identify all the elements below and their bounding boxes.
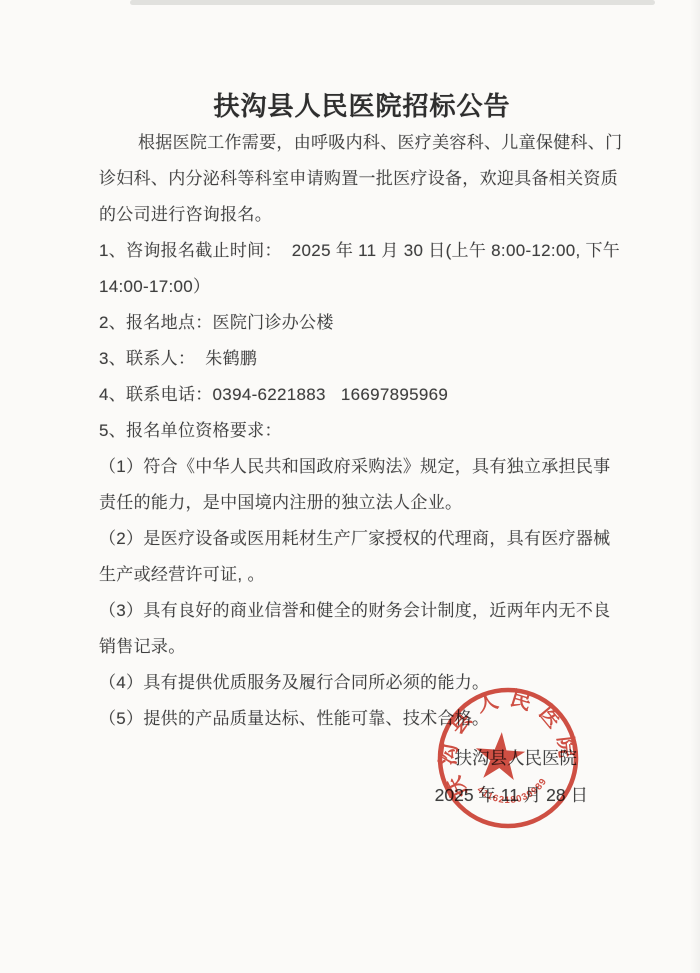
doc-body: 根据医院工作需要，由呼吸内科、医疗美容科、儿童保健科、门 诊妇科、内分泌科等科室…	[99, 125, 639, 737]
item-deadline-line: 14:00-17:00）	[99, 269, 639, 305]
svg-text:扶沟县人民医院: 扶沟县人民医院	[433, 683, 583, 803]
document-page: 扶沟县人民医院招标公告 根据医院工作需要，由呼吸内科、医疗美容科、儿童保健科、门…	[0, 0, 700, 973]
qualification-1-line: （1）符合《中华人民共和国政府采购法》规定，具有独立承担民事	[99, 449, 639, 485]
official-seal: 扶沟县人民医院 4116218039989	[433, 683, 583, 833]
item-contact-phone-line: 4、联系电话：0394-6221883 16697895969	[99, 377, 639, 413]
qualification-2-line: （2）是医疗设备或医用耗材生产厂家授权的代理商，具有医疗器械	[99, 521, 639, 557]
doc-title: 扶沟县人民医院招标公告	[12, 86, 700, 123]
qualification-2-line: 生产或经营许可证, 。	[99, 557, 639, 593]
intro-line: 诊妇科、内分泌科等科室申请购置一批医疗设备，欢迎具备相关资质	[99, 161, 639, 197]
qualification-3-line: 销售记录。	[99, 629, 639, 665]
qualification-3-line: （3）具有良好的商业信誉和健全的财务会计制度，近两年内无不良	[99, 593, 639, 629]
svg-text:4116218039989: 4116218039989	[474, 775, 552, 811]
seal-arc-text: 扶沟县人民医院	[433, 683, 583, 803]
signature-block: 扶沟县人民医院 2025 年 11 月 28 日	[0, 740, 700, 814]
scan-shading-right	[690, 0, 700, 973]
scan-artifact-top	[130, 0, 655, 5]
item-location-line: 2、报名地点：医院门诊办公楼	[99, 305, 639, 341]
item-qualification-heading-line: 5、报名单位资格要求：	[99, 413, 639, 449]
item-deadline-line: 1、咨询报名截止时间： 2025 年 11 月 30 日(上午 8:00-12:…	[99, 233, 639, 269]
intro-line: 根据医院工作需要，由呼吸内科、医疗美容科、儿童保健科、门	[99, 125, 639, 161]
item-contact-person-line: 3、联系人： 朱鹤鹏	[99, 341, 639, 377]
seal-code-text: 4116218039989	[474, 775, 552, 811]
qualification-1-line: 责任的能力，是中国境内注册的独立法人企业。	[99, 485, 639, 521]
star-icon	[474, 730, 527, 780]
intro-line: 的公司进行咨询报名。	[99, 197, 639, 233]
